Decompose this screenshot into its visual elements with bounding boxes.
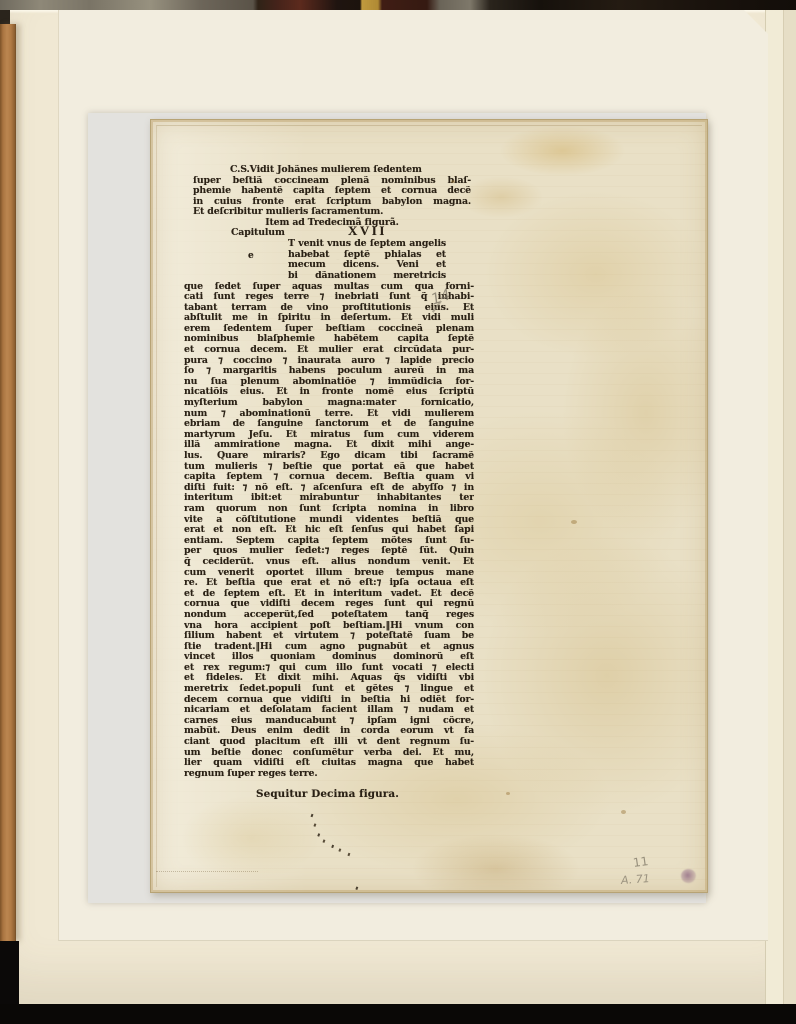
text-line: erat et non eſt. Et hic eſt ſenſus qui h… <box>184 525 474 536</box>
argument-paragraph: C.S.Vidit Johãnes mulierem ſedentemſuper… <box>193 165 471 218</box>
chapter-heading: Capitulum XVII <box>231 228 471 239</box>
book-board-edge <box>0 24 16 941</box>
foxing-spot <box>571 520 577 524</box>
text-line: C.S.Vidit Johãnes mulierem ſedentem <box>193 165 471 176</box>
text-line: abſtulit me in ſpiritu in deſertum. Et v… <box>184 313 474 324</box>
chapter-label: Capitulum <box>231 227 285 238</box>
text-line: mabũt. Deus enim dedit in corda eorum vt… <box>184 726 474 737</box>
foxing-spot <box>506 792 510 795</box>
text-line: cum venerit oportet illum breue tempus m… <box>184 568 474 579</box>
chapter-body-lines: que ſedet ſuper aquas multas cum qua for… <box>184 282 474 780</box>
foxing-spot <box>621 810 626 814</box>
text-line: tabant terram de vino proſtitutionis eiu… <box>184 303 474 314</box>
text-line: myſterium babylon magna:mater fornicatio… <box>184 398 474 409</box>
text-line: cornua que vidiſti decem reges ſunt qui … <box>184 599 474 610</box>
text-line: ciant quod placitum eſt illi vt dent reg… <box>184 737 474 748</box>
guide-letter: e <box>248 251 254 262</box>
text-line: tum mulieris ⁊ beſtie que portat eã que … <box>184 462 474 473</box>
text-line: ſuper beſtiã coccineam plenã nominibus b… <box>193 176 471 187</box>
background-shelf-strip <box>0 0 796 10</box>
text-line: phemie habentẽ capita ſeptem et cornua d… <box>193 186 471 197</box>
text-line: lier quam vidiſti eſt ciuitas magna que … <box>184 758 474 769</box>
text-line: nu ſua plenum abominatiõe ⁊ immũdicia fo… <box>184 377 474 388</box>
text-line: ebriam de ſanguine ſanctorum et de ſangu… <box>184 419 474 430</box>
text-line: et de ſeptem eſt. Et in interitum vadet.… <box>184 589 474 600</box>
pencil-shelfmark: A. 71 <box>621 872 651 887</box>
photograph-of-incunable-leaf: C.S.Vidit Johãnes mulierem ſedentemſuper… <box>0 0 796 1024</box>
text-line: entiam. Septem capita ſeptem mõtes ſunt … <box>184 536 474 547</box>
background-bottom-strip <box>0 1004 796 1024</box>
ink-specks <box>311 814 314 818</box>
text-line: vincet illos quoniam dominus dominorũ eſ… <box>184 652 474 663</box>
foxing-spot <box>451 180 455 183</box>
text-line: capita ſeptem ⁊ cornua decem. Beſtia qua… <box>184 472 474 483</box>
text-line: habebat ſeptẽ phialas et locutus eſt <box>288 250 446 261</box>
text-line: pura ⁊ coccino ⁊ inaurata auro ⁊ lapide … <box>184 356 474 367</box>
text-line: et rex regum:⁊ qui cum illo ſunt vocati … <box>184 663 474 674</box>
text-line: re. Et beſtia que erat et nõ eſt:⁊ ipſa … <box>184 578 474 589</box>
text-line: decem cornua que vidiſti in beſtia hi od… <box>184 695 474 706</box>
text-line: q̃ ceciderũt. vnus eſt. alius nondum ven… <box>184 557 474 568</box>
text-line: mecum dicens. Veni et oſtendam ti <box>288 260 446 271</box>
text-line: interitum ibit:et mirabuntur inhabitante… <box>184 493 474 504</box>
colophon-line: Sequitur Decima figura. <box>256 789 399 800</box>
text-line: regnum ſuper reges terre. <box>184 769 474 780</box>
chapter-number: XVII <box>348 226 387 237</box>
text-line: lus. Quare miraris? Ego dicam tibi ſacra… <box>184 451 474 462</box>
text-line: erem ſedentem ſuper beſtiam coccineã ple… <box>184 324 474 335</box>
incunable-leaf: C.S.Vidit Johãnes mulierem ſedentemſuper… <box>150 119 708 893</box>
text-line: ſtie tradent.‖Hi cum agno pugnabũt et ag… <box>184 642 474 653</box>
text-line: in cuius fronte erat ſcriptum babylon ma… <box>193 197 471 208</box>
text-line: ſo ⁊ margaritis habens poculum aureũ in … <box>184 366 474 377</box>
text-line: et fideles. Et dixit mihi. Aquas q̃s vid… <box>184 673 474 684</box>
text-line: vna hora accipient poſt beſtiam.‖Hi vnum… <box>184 621 474 632</box>
text-line: um beſtie donec conſumẽtur verba dei. Et… <box>184 748 474 759</box>
text-line: carnes eius manducabunt ⁊ ipſam igni cõc… <box>184 716 474 727</box>
sewing-dots <box>156 871 258 872</box>
text-line: bi dãnationem meretricis magne <box>288 271 446 282</box>
text-line: ram quorum non ſunt ſcripta nomina in li… <box>184 504 474 515</box>
collector-stamp <box>681 869 696 883</box>
text-line: ſilium habent et virtutem ⁊ poteſtatẽ ſu… <box>184 631 474 642</box>
chapter-opening-lines: T venit vnus de ſeptem angelis quihabeba… <box>288 239 446 281</box>
text-line: nondum acceperũt,ſed poteſtatem tanq̃ re… <box>184 610 474 621</box>
text-line: et cornua decem. Et mulier erat circũdat… <box>184 345 474 356</box>
text-line: per quos mulier ſedet:⁊ reges ſeptẽ ſũt.… <box>184 546 474 557</box>
text-line: nicatiõis eius. Et in fronte nomẽ eius ſ… <box>184 387 474 398</box>
mat-right-edge <box>783 10 796 1004</box>
pencil-folio-number: 11 <box>632 854 649 870</box>
text-line: diſti fuit: ⁊ nõ eſt. ⁊ aſcenſura eſt de… <box>184 483 474 494</box>
text-line: nicariam et deſolatam facient illam ⁊ nu… <box>184 705 474 716</box>
text-line: T venit vnus de ſeptem angelis qui <box>288 239 446 250</box>
text-line: meretrix ſedet.populi ſunt et gẽtes ⁊ li… <box>184 684 474 695</box>
text-line: martyrum Jeſu. Et miratus ſum cum videre… <box>184 430 474 441</box>
text-line: num ⁊ abominationũ terre. Et vidi mulier… <box>184 409 474 420</box>
text-line: illã ammiratione magna. Et dixit mihi an… <box>184 440 474 451</box>
text-line: vite a cõſtitutione mundi videntes beſti… <box>184 515 474 526</box>
text-line: nominibus blaſphemie habẽtem capita ſept… <box>184 334 474 345</box>
